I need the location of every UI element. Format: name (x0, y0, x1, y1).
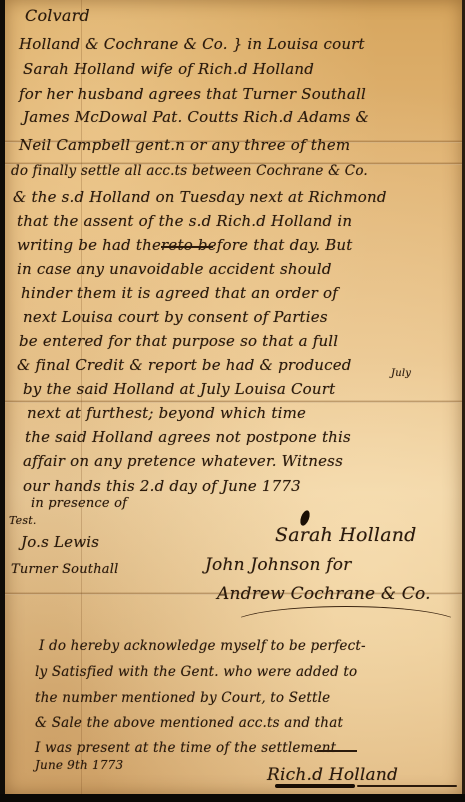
signature-underline (357, 785, 457, 787)
signature-underline (275, 784, 355, 788)
acknowledgement-line: & Sale the above mentioned acc.ts and th… (35, 715, 343, 731)
agreement-line: next at furthest; beyond which time (27, 404, 306, 422)
agreement-line: in case any unavoidable accident should (17, 260, 332, 278)
witness-name: Jo.s Lewis (21, 533, 99, 551)
acknowledgement-line: I do hereby acknowledge myself to be per… (39, 638, 366, 654)
signature-richard-holland: Rich.d Holland (267, 765, 398, 785)
agreement-line: James McDowal Pat. Coutts Rich.d Adams & (23, 108, 369, 126)
acknowledgement-line: ly Satisfied with the Gent. who were add… (35, 664, 357, 680)
agreement-line: the said Holland agrees not postpone thi… (25, 428, 351, 446)
strikethrough (317, 750, 357, 752)
acknowledgement-date: June 9th 1773 (35, 758, 123, 772)
fold-crease (5, 400, 462, 403)
agreement-line: Holland & Cochrane & Co. } in Louisa cou… (19, 35, 459, 53)
agreement-line: & final Credit & report be had & produce… (17, 356, 352, 374)
case-title: Colvard (25, 6, 90, 25)
agreement-line: by the said Holland at July Louisa Court (23, 380, 335, 398)
agreement-line: be entered for that purpose so that a fu… (19, 332, 338, 350)
interlineation: July (391, 368, 411, 379)
signature-andrew-cochrane: Andrew Cochrane & Co. (217, 584, 431, 604)
agreement-line: Sarah Holland wife of Rich.d Holland (23, 60, 314, 78)
acknowledgement-line: the number mentioned by Court, to Settle (35, 690, 330, 706)
agreement-line: in presence of (31, 496, 127, 511)
agreement-line: do finally settle all acc.ts between Coc… (11, 163, 368, 179)
agreement-line: & the s.d Holland on Tuesday next at Ric… (13, 188, 387, 206)
agreement-line: for her husband agrees that Turner South… (19, 85, 366, 103)
document-page: Colvard Holland & Cochrane & Co. } in Lo… (5, 0, 462, 795)
agreement-line: next Louisa court by consent of Parties (23, 308, 328, 326)
agreement-line: affair on any pretence whatever. Witness (23, 452, 343, 470)
agreement-line: that the assent of the s.d Rich.d Hollan… (17, 212, 352, 230)
signature-john-johnson: John Johnson for (205, 555, 351, 575)
witness-name: Turner Southall (11, 562, 118, 577)
agreement-line: writing be had thereto before that day. … (17, 236, 353, 254)
strikethrough (161, 246, 213, 248)
signature-sarah-holland: Sarah Holland (275, 524, 417, 546)
agreement-line: Neil Campbell gent.n or any three of the… (19, 136, 350, 154)
witness-label: Test. (9, 514, 37, 527)
agreement-line: hinder them it is agreed that an order o… (21, 284, 338, 302)
acknowledgement-line: I was present at the time of the settlem… (35, 740, 336, 756)
agreement-line: our hands this 2.d day of June 1773 (23, 477, 301, 495)
scan-bottom-border (0, 794, 465, 802)
